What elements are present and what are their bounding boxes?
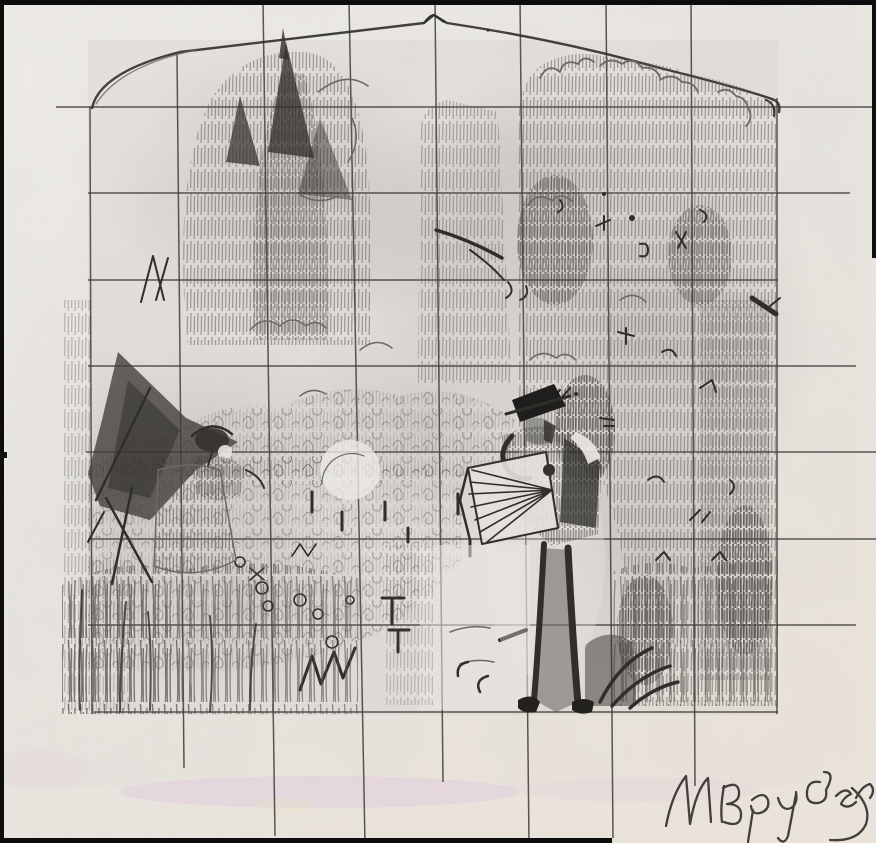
tall-grass-left — [62, 563, 358, 714]
grass-right — [585, 560, 778, 708]
sketch-photograph — [0, 0, 876, 843]
sketch-canvas — [0, 0, 876, 843]
